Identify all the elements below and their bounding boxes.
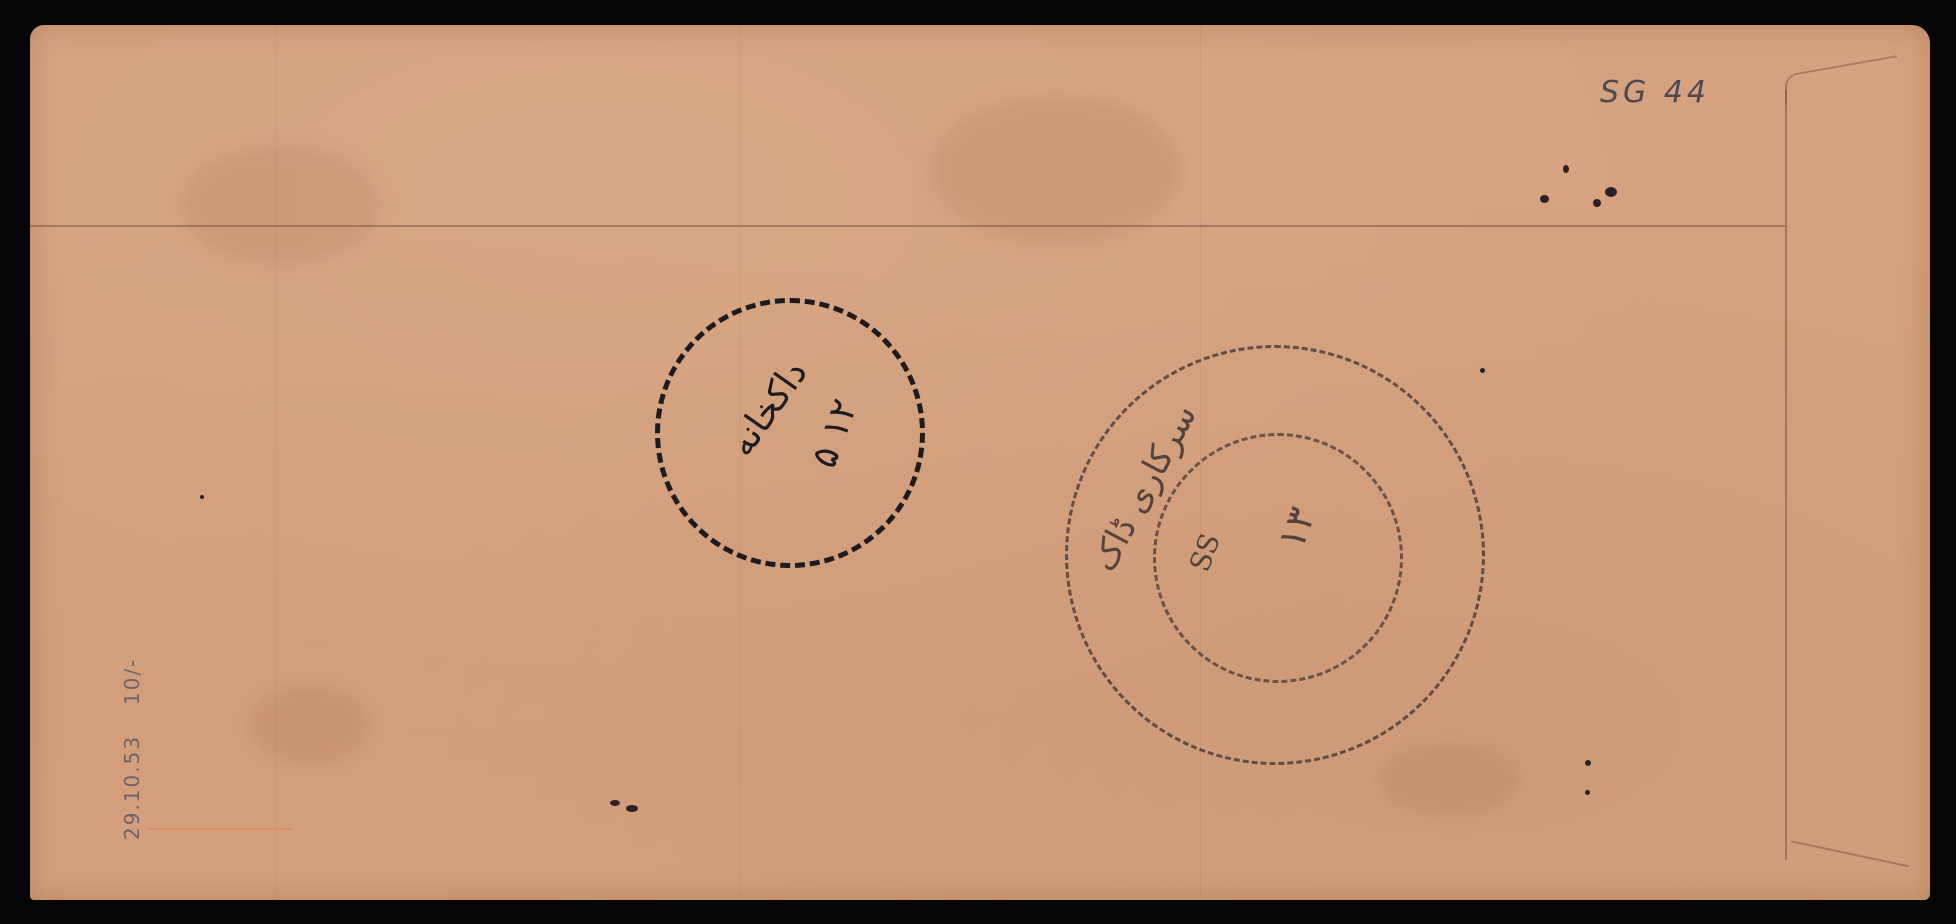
- orange-pencil-mark: [148, 828, 293, 830]
- postmark-script-text: داکخانه: [721, 353, 816, 464]
- postmark-inner-letters: SS: [1183, 529, 1227, 576]
- pencil-date-note: 29.10.53: [120, 735, 144, 840]
- paper-stain: [1380, 745, 1520, 815]
- flap-fold-line: [30, 225, 1785, 227]
- ink-speck: [1585, 760, 1591, 766]
- ink-speck: [1480, 368, 1485, 373]
- side-flap-top-edge: [1785, 55, 1897, 105]
- pencil-price-note: 10/-: [120, 658, 144, 705]
- side-flap-bottom-edge: [1785, 840, 1909, 896]
- paper-stain: [930, 95, 1180, 245]
- paper-stain: [180, 145, 380, 265]
- ink-speck: [1593, 199, 1601, 207]
- ink-speck: [1605, 187, 1617, 197]
- ink-speck: [1585, 790, 1590, 795]
- side-flap-edge: [1785, 90, 1787, 860]
- paper-stain: [250, 685, 370, 765]
- large-double-ring-postmark: سرکاری ڈاک ۱۳ SS: [1065, 345, 1485, 765]
- envelope-back: SG 44 10/- 29.10.53 داکخانه ۵ ۱۲ سرکاری …: [30, 25, 1930, 900]
- ink-speck: [1540, 195, 1549, 203]
- ink-speck: [626, 805, 638, 812]
- catalog-number-note: SG 44: [1600, 75, 1710, 110]
- small-circular-postmark: داکخانه ۵ ۱۲: [655, 298, 925, 568]
- ink-speck: [1563, 165, 1569, 173]
- ink-speck: [200, 495, 204, 499]
- postmark-inner-number: ۱۳: [1269, 501, 1324, 554]
- postmark-inner-ring: ۱۳ SS: [1153, 433, 1403, 683]
- ink-speck: [610, 800, 620, 806]
- postmark-date-text: ۵ ۱۲: [804, 394, 866, 473]
